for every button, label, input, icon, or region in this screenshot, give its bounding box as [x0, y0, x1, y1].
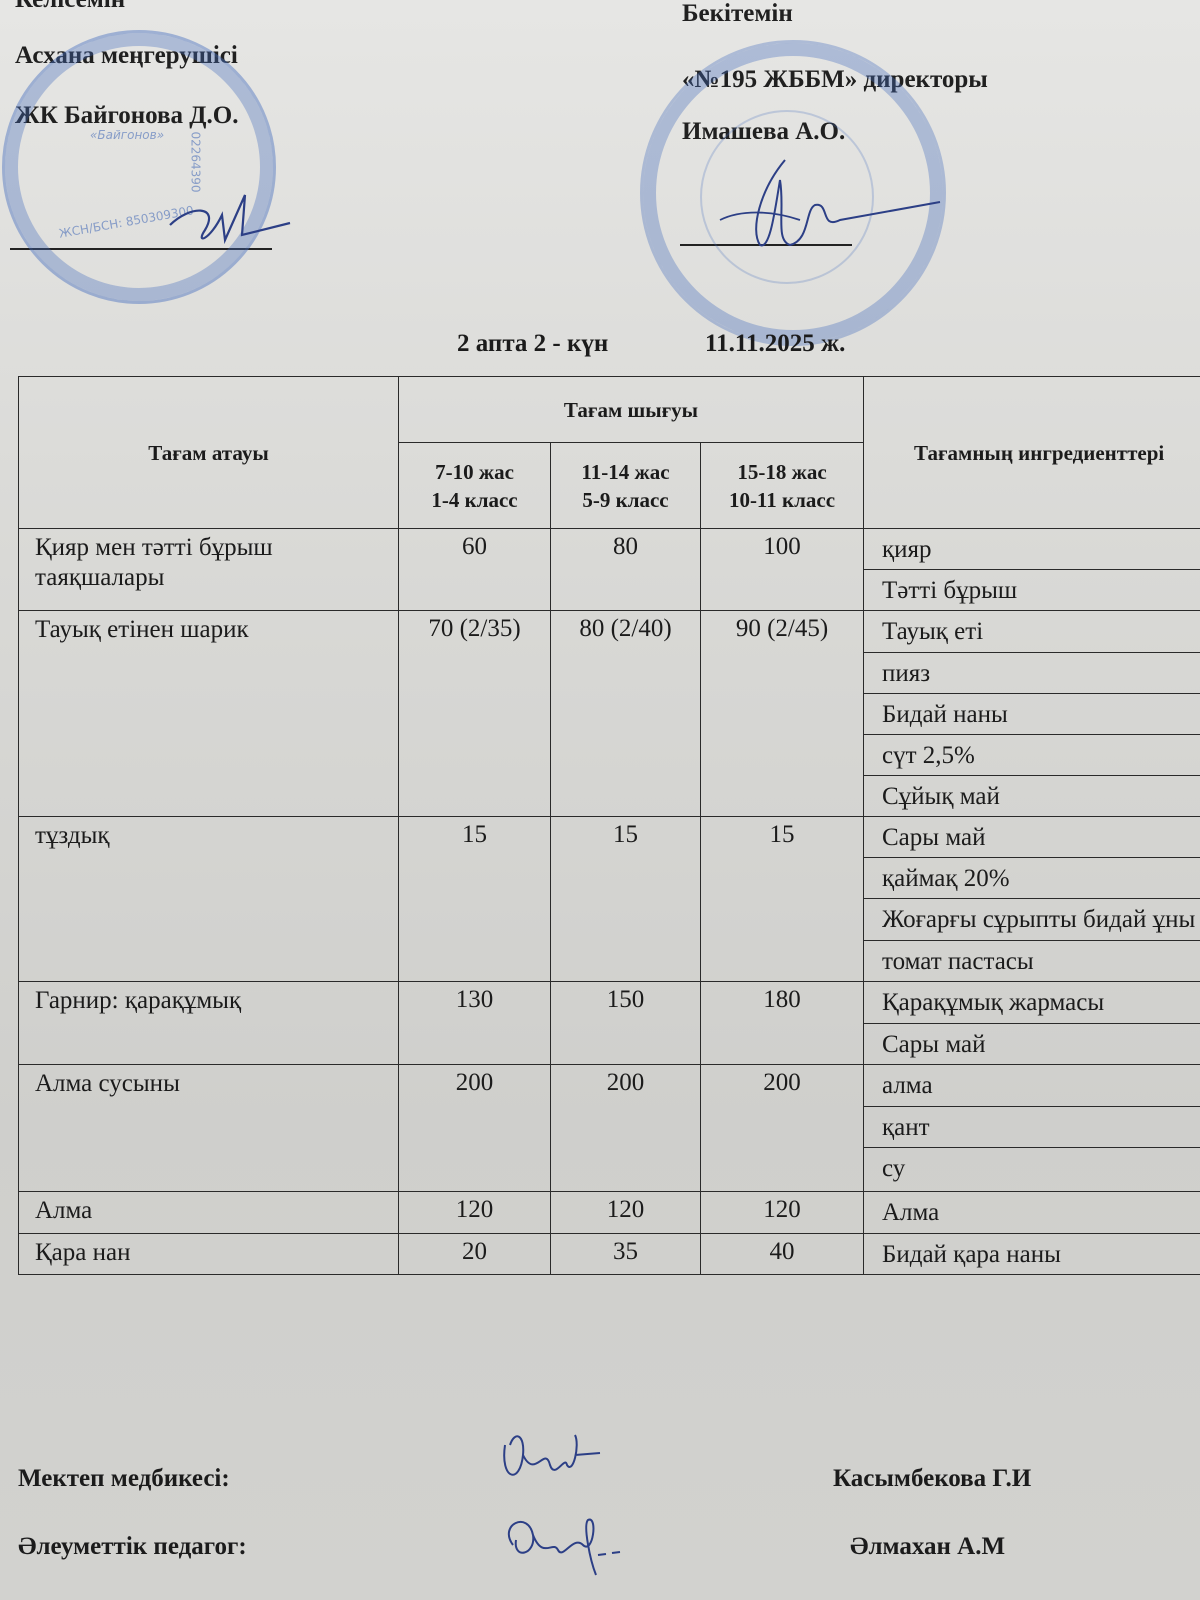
ingredient-cell: Сары май — [864, 1024, 1200, 1065]
portion-value-cell: 15 — [399, 817, 551, 982]
dish-name-cell: Қара нан — [19, 1234, 399, 1275]
portion-value-cell: 100 — [701, 529, 864, 611]
portion-value-cell: 15 — [701, 817, 864, 982]
dish-name-cell: Алма — [19, 1192, 399, 1234]
left-stamp-icon — [2, 30, 276, 304]
week-day-label: 2 апта 2 - күн — [457, 330, 608, 358]
portion-value-cell: 120 — [399, 1192, 551, 1234]
director-role: «№195 ЖББМ» директоры — [682, 66, 988, 94]
output-group-header: Тағам шығуы — [399, 377, 864, 443]
canteen-manager-role: Асхана меңгерушісі — [15, 42, 238, 70]
approve-heading: Бекітемін — [682, 0, 793, 28]
portion-value-cell: 80 (2/40) — [551, 611, 701, 817]
ingredient-cell: Бидай наны — [864, 694, 1200, 735]
table-row: Алма120120120Алма — [19, 1192, 1200, 1234]
portion-value-cell: 40 — [701, 1234, 864, 1275]
portion-value-cell: 60 — [399, 529, 551, 611]
portion-value-cell: 35 — [551, 1234, 701, 1275]
ingredients-header: Тағамның ингредиенттері — [864, 377, 1200, 529]
age-label: 11-14 жас — [551, 458, 700, 486]
nurse-name: Касымбекова Г.И — [833, 1465, 1031, 1493]
age-group-header: 11-14 жас 5-9 класс — [551, 443, 701, 529]
manager-signature-icon — [150, 185, 300, 260]
table-row: тұздық151515Сары май — [19, 817, 1200, 858]
ingredient-cell: Сұйық май — [864, 776, 1200, 817]
portion-value-cell: 15 — [551, 817, 701, 982]
director-name: Имашева А.О. — [682, 118, 845, 146]
ingredient-cell: Жоғарғы сұрыпты бидай ұны — [864, 899, 1200, 941]
ingredient-cell: Тауық еті — [864, 611, 1200, 653]
portion-value-cell: 70 (2/35) — [399, 611, 551, 817]
social-pedagogue-name: Әлмахан А.М — [850, 1533, 1005, 1561]
grade-label: 1-4 класс — [399, 486, 550, 514]
ingredient-cell: пияз — [864, 653, 1200, 694]
ingredient-cell: алма — [864, 1065, 1200, 1107]
table-row: Тауық етінен шарик70 (2/35)80 (2/40)90 (… — [19, 611, 1200, 653]
portion-value-cell: 180 — [701, 982, 864, 1065]
portion-value-cell: 90 (2/45) — [701, 611, 864, 817]
portion-value-cell: 200 — [399, 1065, 551, 1192]
left-stamp-inner-text: «Байгонов» — [90, 128, 164, 142]
ingredient-cell: Алма — [864, 1192, 1200, 1234]
age-group-header: 15-18 жас 10-11 класс — [701, 443, 864, 529]
age-label: 15-18 жас — [701, 458, 863, 486]
table-row: Қара нан203540Бидай қара наны — [19, 1234, 1200, 1275]
dish-name-header: Тағам атауы — [19, 377, 399, 529]
dish-name-cell: Гарнир: қарақұмық — [19, 982, 399, 1065]
portion-value-cell: 20 — [399, 1234, 551, 1275]
menu-date: 11.11.2025 ж. — [705, 330, 845, 358]
portion-value-cell: 200 — [701, 1065, 864, 1192]
left-stamp-number: 02264390 — [189, 131, 203, 192]
ingredient-cell: су — [864, 1148, 1200, 1192]
table-row: Алма сусыны200200200алма — [19, 1065, 1200, 1107]
ingredient-cell: Бидай қара наны — [864, 1234, 1200, 1275]
dish-name-cell: Алма сусыны — [19, 1065, 399, 1192]
social-pedagogue-label: Әлеуметтік педагог: — [18, 1533, 247, 1561]
social-pedagogue-signature-icon — [498, 1505, 628, 1585]
canteen-manager-name: ЖК Байгонова Д.О. — [15, 102, 238, 130]
grade-label: 10-11 класс — [701, 486, 863, 514]
ingredient-cell: томат пастасы — [864, 941, 1200, 982]
portion-value-cell: 80 — [551, 529, 701, 611]
ingredient-cell: Сары май — [864, 817, 1200, 858]
grade-label: 5-9 класс — [551, 486, 700, 514]
nurse-signature-icon — [495, 1425, 615, 1500]
ingredient-cell: сүт 2,5% — [864, 735, 1200, 776]
menu-table: Тағам атауы Тағам шығуы Тағамның ингреди… — [18, 376, 1200, 1275]
portion-value-cell: 150 — [551, 982, 701, 1065]
ingredient-cell: қант — [864, 1107, 1200, 1148]
director-signature-icon — [690, 150, 960, 265]
portion-value-cell: 200 — [551, 1065, 701, 1192]
ingredient-cell: қияр — [864, 529, 1200, 570]
age-group-header: 7-10 жас 1-4 класс — [399, 443, 551, 529]
table-row: Гарнир: қарақұмық130150180Қарақұмық жарм… — [19, 982, 1200, 1024]
menu-table-body: Қияр мен тәтті бұрыш таяқшалары6080100қи… — [19, 529, 1200, 1275]
portion-value-cell: 120 — [551, 1192, 701, 1234]
ingredient-cell: Қарақұмық жармасы — [864, 982, 1200, 1024]
dish-name-cell: Қияр мен тәтті бұрыш таяқшалары — [19, 529, 399, 611]
dish-name-cell: Тауық етінен шарик — [19, 611, 399, 817]
ingredient-cell: қаймақ 20% — [864, 858, 1200, 899]
age-label: 7-10 жас — [399, 458, 550, 486]
dish-name-cell: тұздық — [19, 817, 399, 982]
agree-heading: Келісемін — [15, 0, 125, 14]
ingredient-cell: Тәтті бұрыш — [864, 570, 1200, 611]
nurse-label: Мектеп медбикесі: — [18, 1465, 230, 1493]
portion-value-cell: 130 — [399, 982, 551, 1065]
table-row: Қияр мен тәтті бұрыш таяқшалары6080100қи… — [19, 529, 1200, 570]
portion-value-cell: 120 — [701, 1192, 864, 1234]
